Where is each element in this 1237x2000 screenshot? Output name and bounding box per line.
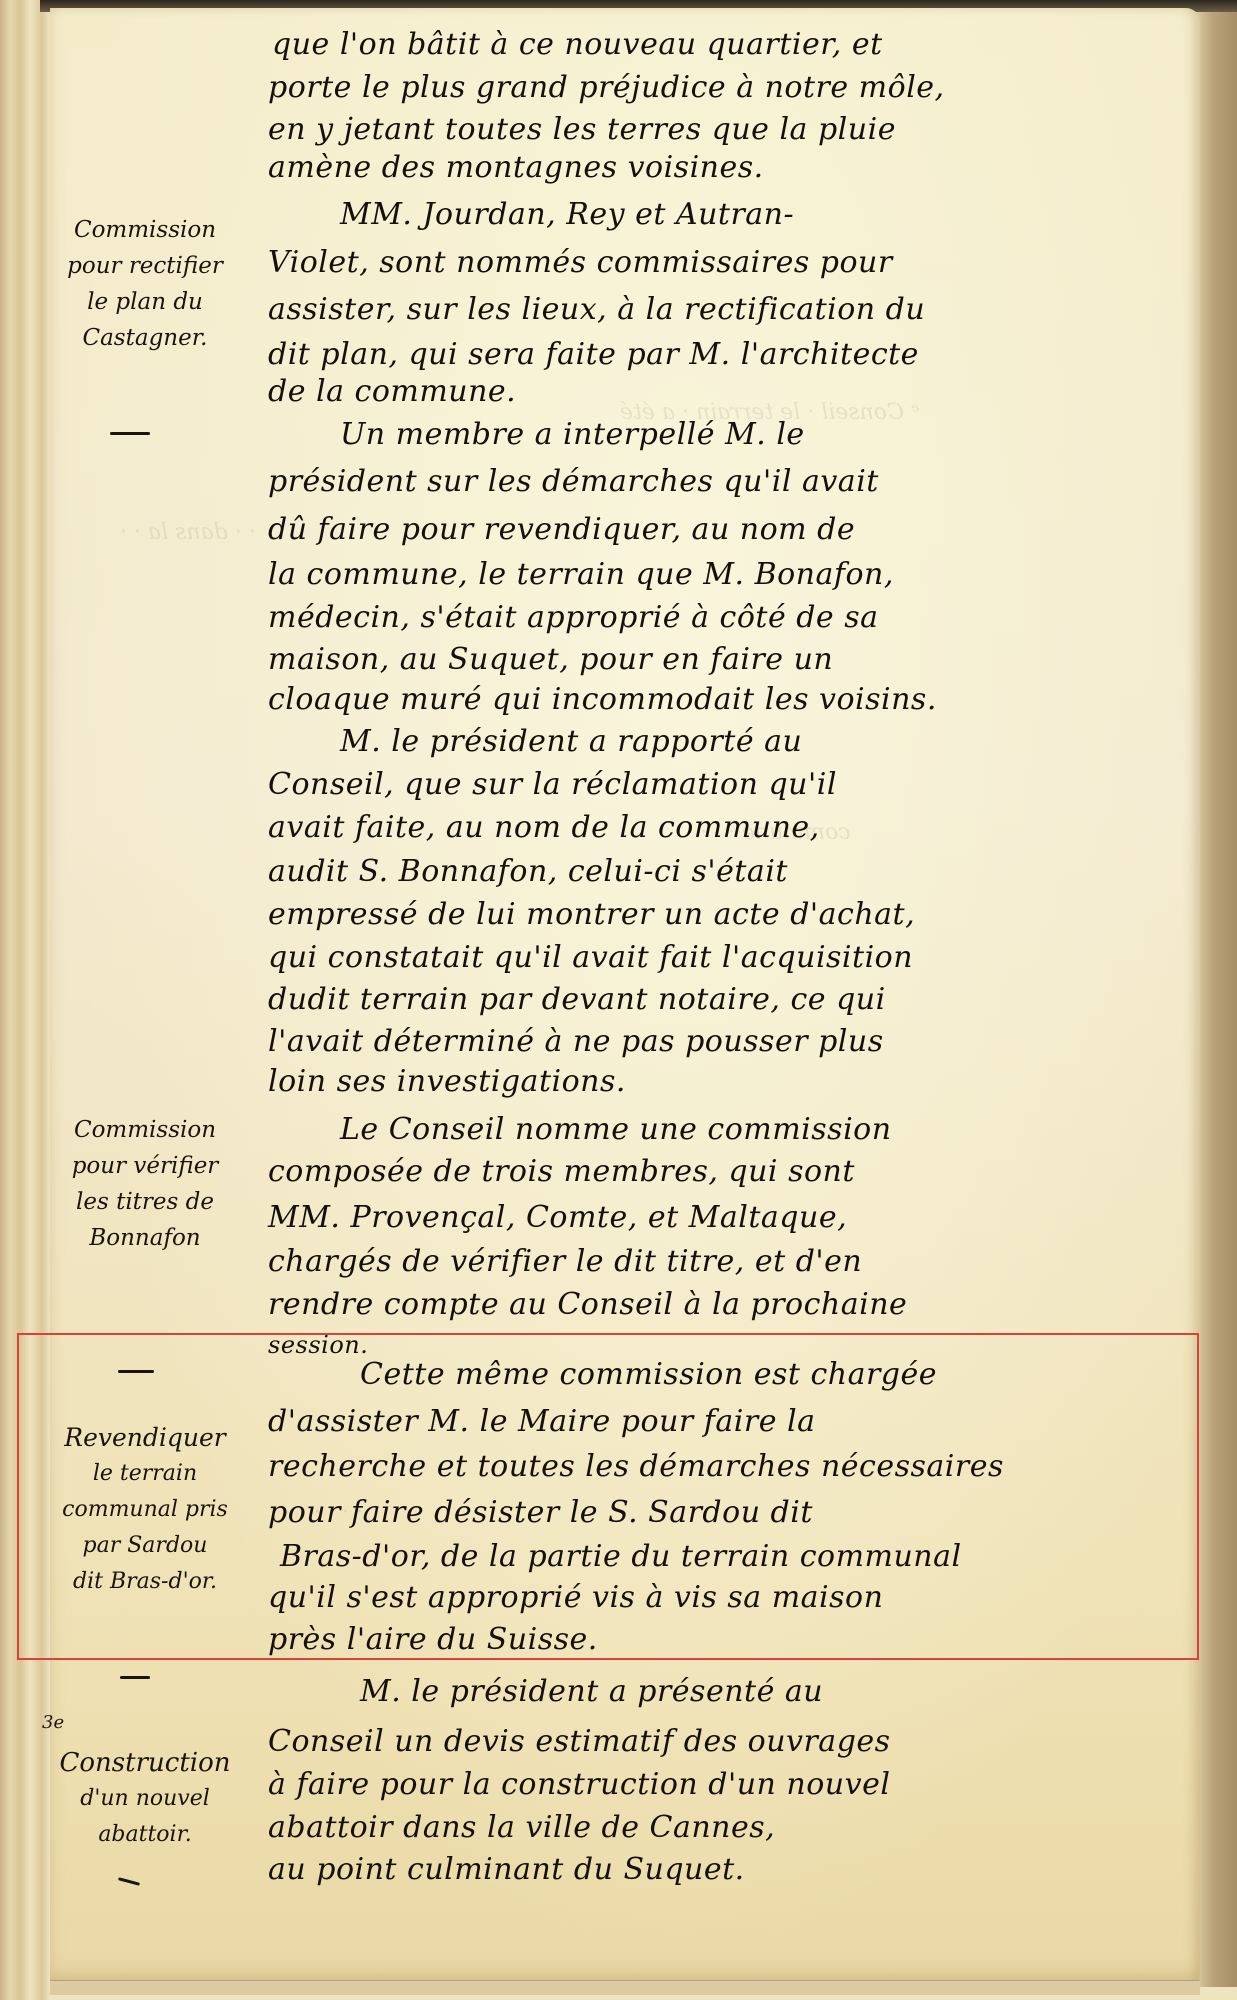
entry-line: à faire pour la construction d'un nouvel [268,1765,890,1805]
entry-line: Violet, sont nommés commissaires pour [268,243,893,283]
entry-line: avait faite, au nom de la commune, [268,808,820,848]
entry-line: Cette même commission est chargée [360,1355,937,1395]
entry-line: M. le président a présenté au [360,1672,823,1712]
entry-line: médecin, s'était approprié à côté de sa [268,598,879,638]
entry-line: cloaque muré qui incommodait les voisins… [268,680,937,720]
entry-line: président sur les démarches qu'il avait [268,462,879,502]
entry-line: composée de trois membres, qui sont [268,1152,855,1192]
entry-line: dudit terrain par devant notaire, ce qui [268,980,886,1020]
entry-line: d'assister M. le Maire pour faire la [268,1402,815,1442]
continuation-line: porte le plus grand préjudice à notre mô… [268,68,945,108]
entry-line: pour faire désister le S. Sardou dit [268,1493,813,1533]
entry-line: M. le président a rapporté au [340,722,802,762]
continuation-line: que l'on bâtit à ce nouveau quartier, et [272,25,883,65]
separator-dash [120,1676,150,1679]
entry-line: MM. Provençal, Comte, et Maltaque, [268,1198,847,1238]
entry-line: au point culminant du Suquet. [268,1850,745,1890]
entry-line: Conseil un devis estimatif des ouvrages [268,1722,891,1762]
entry-line: rendre compte au Conseil à la prochaine [268,1285,907,1325]
item-number: 3e [42,1712,64,1733]
entry-line: Conseil, que sur la réclamation qu'il [268,765,837,805]
page-bottom-edge [50,1980,1200,1995]
separator-dash [118,1370,154,1373]
continuation-line: en y jetant toutes les terres que la plu… [268,110,896,150]
continuation-line: amène des montagnes voisines. [268,148,764,188]
entry-line: chargés de vérifier le dit titre, et d'e… [268,1242,862,1282]
margin-note-construction-abattoir: Construction d'un nouvel abattoir. [55,1745,235,1853]
entry-line: abattoir dans la ville de Cannes, [268,1808,775,1848]
entry-line: recherche et toutes les démarches nécess… [268,1447,1004,1487]
entry-line: session. [268,1325,368,1365]
book-right-edge [1197,12,1237,1987]
entry-line: l'avait déterminé à ne pas pousser plus [268,1022,884,1062]
entry-line: assister, sur les lieux, à la rectificat… [268,290,925,330]
entry-line: la commune, le terrain que M. Bonafon, [268,555,894,595]
margin-note-commission-rectifier: Commission pour rectifier le plan du Cas… [55,212,235,356]
entry-line: qu'il s'est approprié vis à vis sa maiso… [268,1578,883,1618]
entry-line: maison, au Suquet, pour en faire un [268,640,833,680]
entry-line: dit plan, qui sera faite par M. l'archit… [268,335,919,375]
entry-line: de la commune. [268,372,516,412]
entry-line: empressé de lui montrer un acte d'achat, [268,895,915,935]
margin-note-commission-verifier: Commission pour vérifier les titres de B… [55,1112,235,1256]
entry-line: loin ses investigations. [268,1062,626,1102]
separator-dash [110,432,150,435]
entry-line: près l'aire du Suisse. [268,1620,598,1660]
entry-line: audit S. Bonnafon, celui-ci s'était [268,852,788,892]
entry-line: Le Conseil nomme une commission [340,1110,892,1150]
entry-line: MM. Jourdan, Rey et Autran- [340,195,794,235]
margin-note-revendiquer: Revendiquer le terrain communal pris par… [55,1420,235,1600]
entry-line: dû faire pour revendiquer, au nom de [268,510,855,550]
entry-line: qui constatait qu'il avait fait l'acquis… [268,938,913,978]
entry-line: Bras-d'or, de la partie du terrain commu… [280,1537,962,1577]
entry-line: Un membre a interpellé M. le [340,415,805,455]
